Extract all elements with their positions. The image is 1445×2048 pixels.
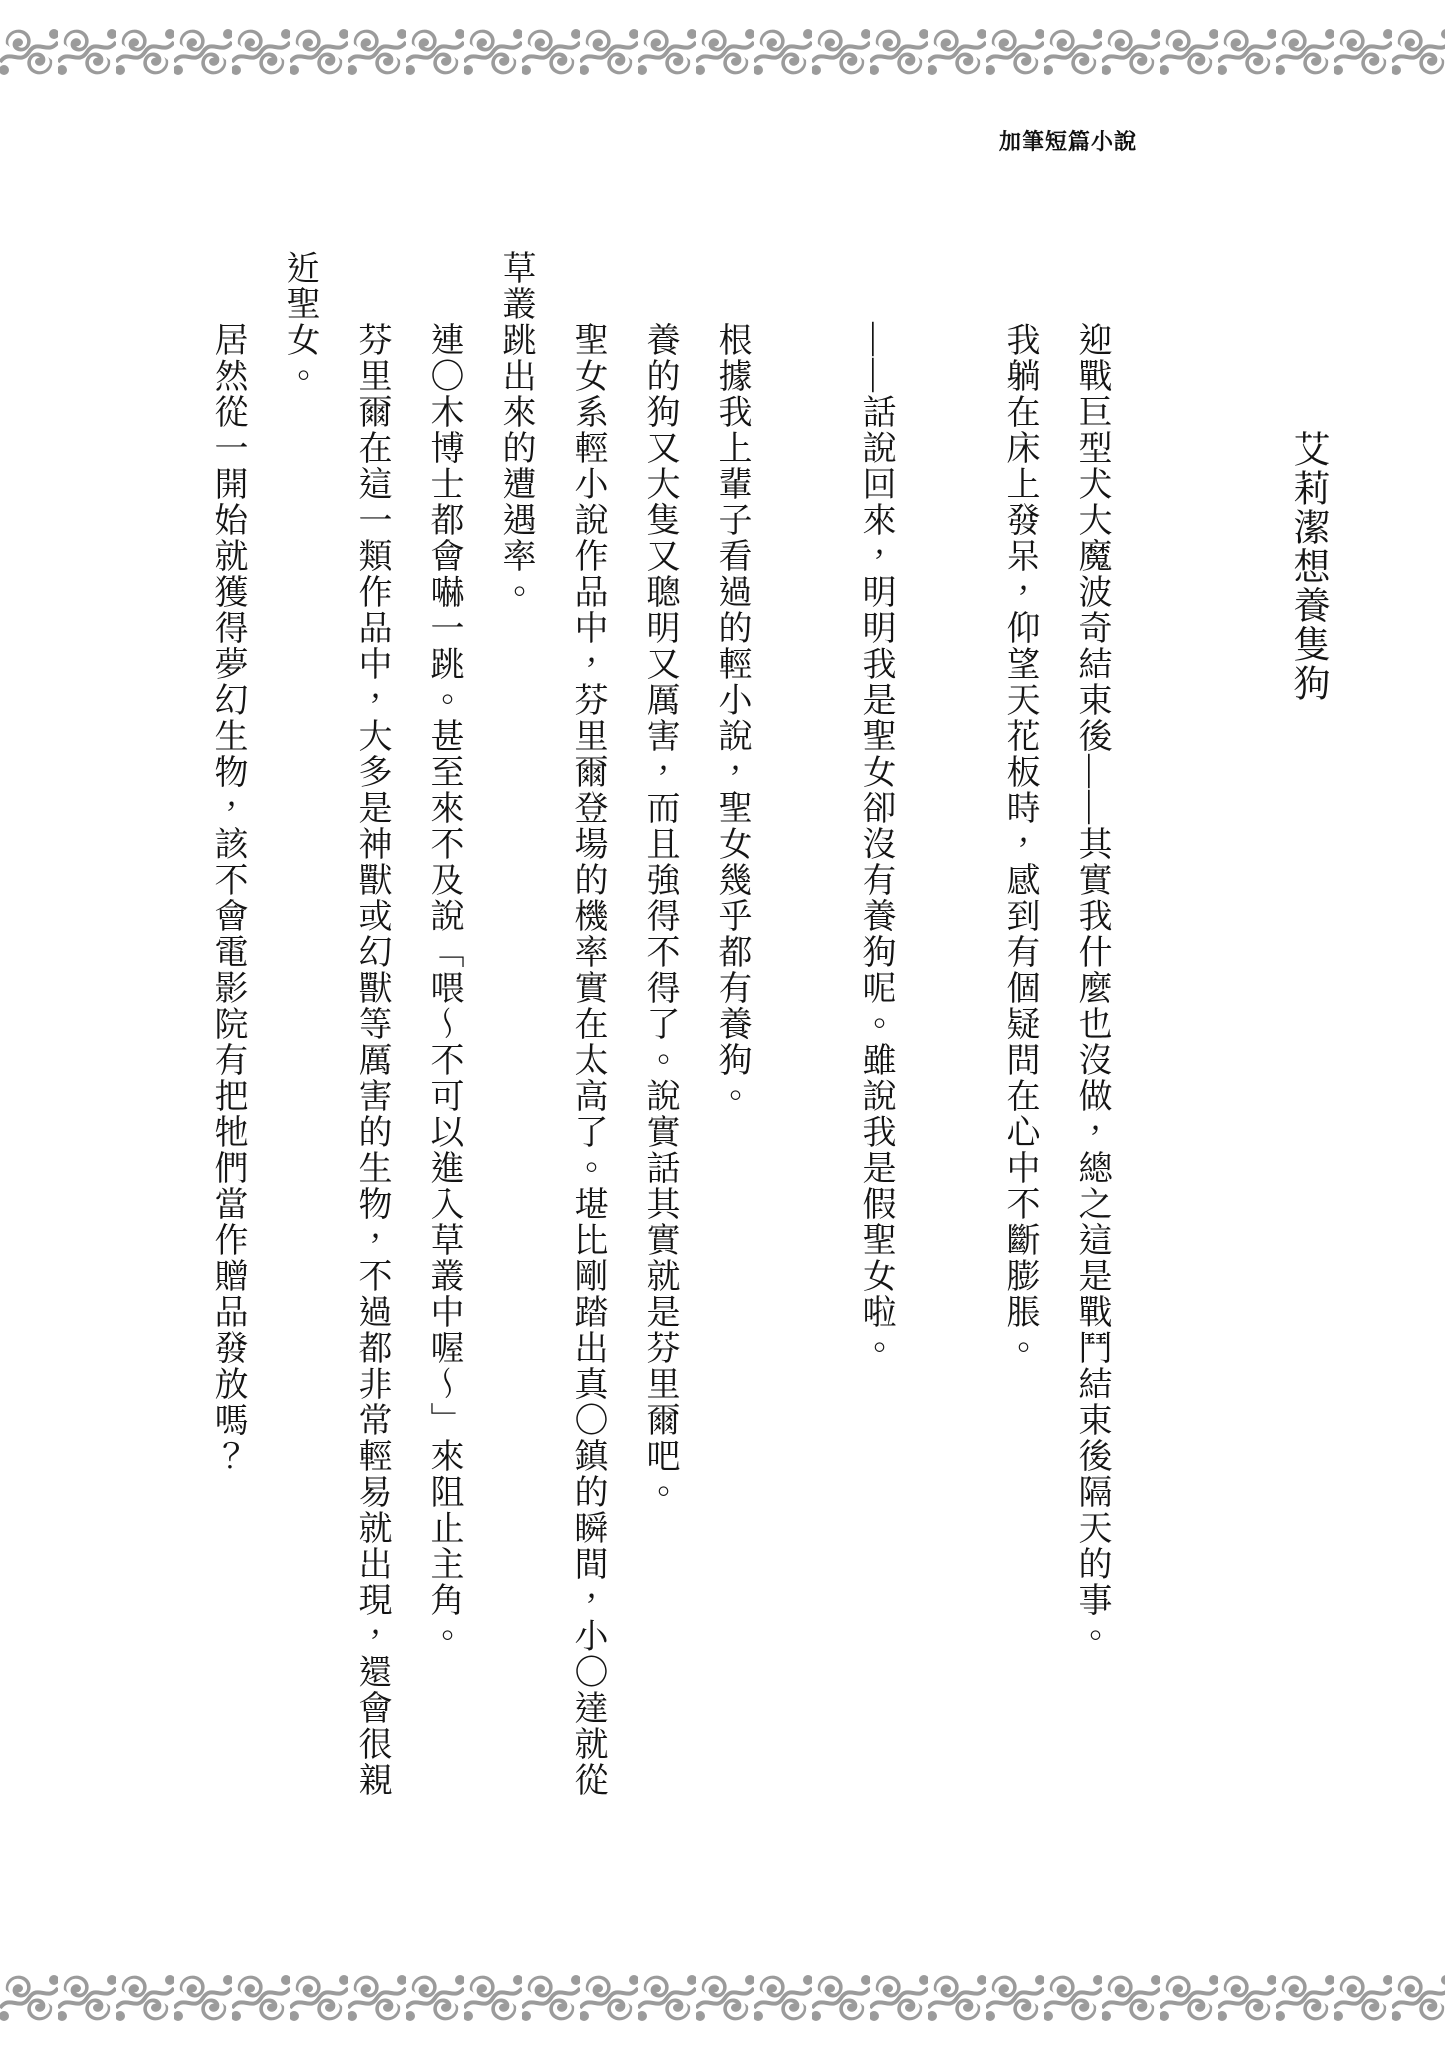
running-header: 加筆短篇小說	[999, 125, 1137, 156]
story-paragraph: 連〇木博士都會嚇一跳。甚至來不及說「喂～不可以進入草叢中喔～」來阻止主角。	[407, 250, 479, 1820]
story-paragraph: ——話說回來，明明我是聖女卻沒有養狗呢。雖說我是假聖女啦。	[839, 250, 911, 1820]
story-paragraph: 芬里爾在這一類作品中，大多是神獸或幻獸等厲害的生物，不過都非常輕易就出現，還會很…	[263, 250, 407, 1820]
story-paragraph: 聖女系輕小說作品中，芬里爾登場的機率實在太高了。堪比剛踏出真〇鎮的瞬間，小〇達就…	[479, 250, 623, 1820]
story-paragraph: 居然從一開始就獲得夢幻生物，該不會電影院有把牠們當作贈品發放嗎？	[191, 250, 263, 1820]
story-paragraph: 迎戰巨型犬大魔波奇結束後——其實我什麼也沒做，總之這是戰鬥結束後隔天的事。	[1055, 250, 1127, 1820]
story-text-area: 艾莉潔想養隻狗 迎戰巨型犬大魔波奇結束後——其實我什麼也沒做，總之這是戰鬥結束後…	[191, 250, 1343, 1820]
story-title: 艾莉潔想養隻狗	[1271, 250, 1343, 1820]
ornamental-border-top	[0, 26, 1445, 78]
story-paragraph: 我躺在床上發呆，仰望天花板時，感到有個疑問在心中不斷膨脹。	[983, 250, 1055, 1820]
ornamental-border-bottom	[0, 1972, 1445, 2024]
story-paragraph: 根據我上輩子看過的輕小說，聖女幾乎都有養狗。	[695, 250, 767, 1820]
book-page: 加筆短篇小說 艾莉潔想養隻狗 迎戰巨型犬大魔波奇結束後——其實我什麼也沒做，總之…	[0, 0, 1445, 2048]
story-paragraph: 養的狗又大隻又聰明又厲害，而且強得不得了。說實話其實就是芬里爾吧。	[623, 250, 695, 1820]
